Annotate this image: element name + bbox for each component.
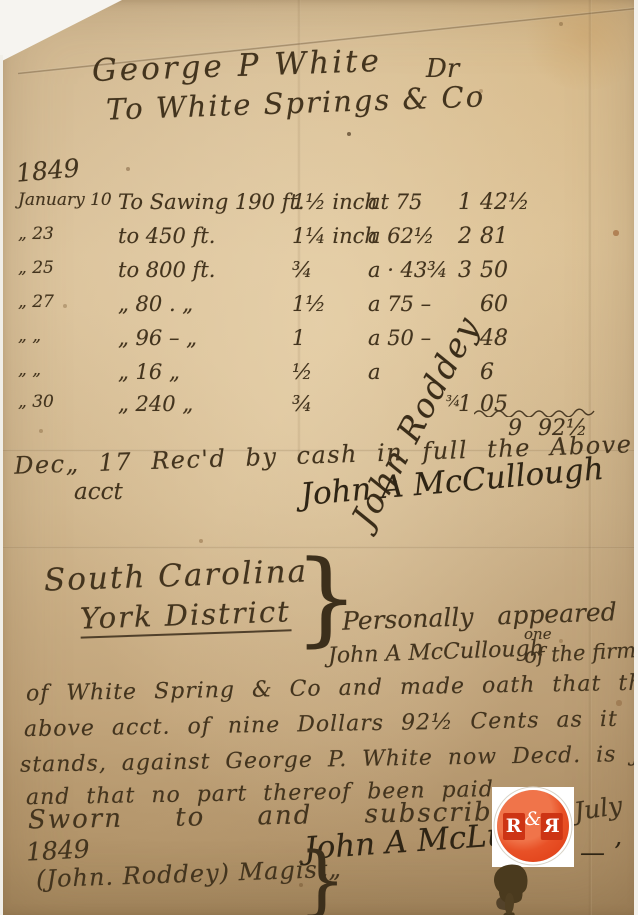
- affidavit-body-line: of White Spring & Co and made oath that …: [26, 670, 638, 706]
- row-cents: 50: [480, 258, 508, 283]
- signature-tail-stroke: — ʼ: [580, 838, 621, 867]
- ledger-row: „ 25 to 800 ft. ¾ a · 43¾ 3 50: [0, 258, 638, 288]
- row-date: „ 27: [18, 292, 54, 312]
- row-date: „ 30: [18, 392, 54, 412]
- row-rate: a 75 –: [368, 292, 431, 316]
- row-dollars: 1: [450, 392, 472, 417]
- row-rate: a: [368, 360, 381, 384]
- row-entry: „ 16 „: [118, 360, 180, 384]
- row-entry: to 800 ft.: [118, 258, 215, 282]
- row-date: „ 25: [18, 258, 54, 278]
- row-date: January 10: [18, 190, 112, 210]
- row-size: 1¼ inch: [292, 224, 378, 248]
- row-date: „ 23: [18, 224, 54, 244]
- row-entry: „ 240 „: [118, 392, 193, 416]
- ledger-row: „ 23 to 450 ft. 1¼ inch a 62½ 2 81: [0, 224, 638, 254]
- inserted-word: one: [524, 625, 552, 643]
- ledger-year: 1849: [15, 153, 81, 187]
- row-size: 1: [292, 326, 305, 350]
- row-size: ¾: [292, 258, 312, 282]
- row-size: ½: [292, 360, 312, 384]
- receipt-acct: acct: [74, 479, 123, 505]
- ink-blot-drip: [505, 893, 514, 914]
- row-dollars: 2: [450, 224, 472, 249]
- row-entry: to 450 ft.: [118, 224, 215, 248]
- row-rate: a 50 –: [368, 326, 431, 350]
- rr-logo-ampersand: &: [525, 808, 542, 830]
- row-dollars: 3: [450, 258, 472, 283]
- row-size: ¾: [292, 392, 312, 416]
- row-rate: at 75: [368, 190, 422, 214]
- row-entry: „ 80 . „: [118, 292, 193, 316]
- row-rate: a · 43¾: [368, 258, 448, 282]
- rr-hub-logo: R & R: [492, 787, 574, 867]
- row-size: 1½ inch: [292, 190, 378, 214]
- affidavit-of-firm: of the firm: [523, 638, 636, 668]
- affidavit-appeared: Personally appeared: [342, 597, 618, 636]
- affidavit-district: York District: [79, 594, 291, 638]
- row-entry: „ 96 – „: [118, 326, 197, 350]
- affidavit-deponent-name: John A McCullough: [328, 636, 545, 669]
- row-date: „ „: [18, 326, 41, 346]
- ledger-row: January 10 To Sawing 190 ft. 1½ inch at …: [0, 190, 638, 220]
- rr-logo-circle: R & R: [497, 790, 569, 862]
- debtor-name: George P White: [91, 43, 382, 89]
- row-rate: a 62½: [368, 224, 434, 248]
- affidavit-state: South Carolina: [43, 553, 308, 598]
- row-cents: 42½: [480, 190, 529, 215]
- affidavit-body-line: stands, against George P. White now Decd…: [20, 741, 638, 777]
- ledger-row: „ 27 „ 80 . „ 1½ a 75 – 60: [0, 292, 638, 322]
- rr-logo-letter-r: R: [503, 813, 525, 840]
- ledger-row: „ „ „ 16 „ ½ a 6: [0, 360, 638, 390]
- row-cents: 81: [480, 224, 508, 249]
- row-dollars: 1: [450, 190, 472, 215]
- rr-logo-letter-r-mirrored: R: [541, 813, 563, 840]
- scan-edge-right: [634, 0, 638, 915]
- sworn-year: 1849: [25, 834, 90, 866]
- rr-logo-letters: R & R: [497, 790, 569, 862]
- affidavit-body-line: above acct. of nine Dollars 92½ Cents as…: [24, 707, 618, 742]
- row-cents: 6: [480, 360, 494, 385]
- ledger-row: „ „ „ 96 – „ 1 a 50 – 48: [0, 326, 638, 356]
- sworn-month: July: [572, 791, 624, 826]
- document-paper: George P White Dr To White Springs & Co …: [0, 0, 638, 915]
- row-size: 1½: [292, 292, 326, 316]
- row-date: „ „: [18, 360, 41, 380]
- row-cents: 60: [480, 292, 508, 317]
- magistrate-brace: }: [298, 842, 346, 915]
- row-entry: To Sawing 190 ft.: [118, 190, 305, 214]
- scan-edge-left: [0, 55, 3, 915]
